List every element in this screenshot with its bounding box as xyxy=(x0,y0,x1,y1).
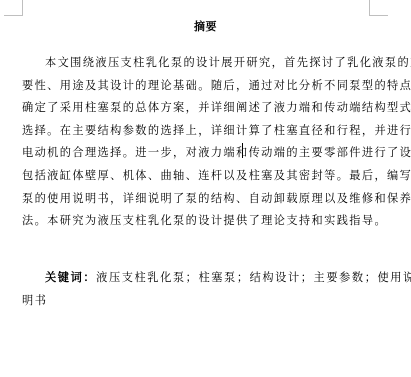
abstract-line: 确定了采用柱塞泵的总体方案，并详细阐述了液力端和传动端结构型式的 xyxy=(22,97,372,120)
margin-corner-mark-top-left xyxy=(4,0,23,16)
abstract-paragraph[interactable]: 本文围绕液压支柱乳化泵的设计展开研究，首先探讨了乳化液泵的重 要性、用途及其设计… xyxy=(22,52,372,233)
abstract-line: 包括液缸体壁厚、机体、曲轴、连杆以及柱塞及其密封等。最后，编写了 xyxy=(22,165,372,188)
keywords-line-continued: 明书 xyxy=(22,289,372,312)
abstract-line: 泵的使用说明书，详细说明了泵的结构、自动卸载原理以及维修和保养方 xyxy=(22,188,372,211)
abstract-line: 电动机的合理选择。进一步，对液力端和传动端的主要零部件进行了设计， xyxy=(22,142,372,165)
keywords-paragraph[interactable]: 关键词：液压支柱乳化泵；柱塞泵；结构设计；主要参数；使用说 明书 xyxy=(22,266,372,311)
abstract-title: 摘要 xyxy=(0,20,411,34)
document-page: 摘要 本文围绕液压支柱乳化泵的设计展开研究，首先探讨了乳化液泵的重 要性、用途及… xyxy=(0,0,411,377)
abstract-line: 法。本研究为液压支柱乳化泵的设计提供了理论支持和实践指导。 xyxy=(22,210,372,233)
text-cursor xyxy=(242,143,243,158)
abstract-line: 本文围绕液压支柱乳化泵的设计展开研究，首先探讨了乳化液泵的重 xyxy=(22,52,372,75)
margin-corner-mark-top-right xyxy=(369,0,388,16)
keywords-line: 关键词：液压支柱乳化泵；柱塞泵；结构设计；主要参数；使用说 xyxy=(22,266,372,289)
keywords-label: 关键词： xyxy=(45,271,96,284)
abstract-line: 要性、用途及其设计的理论基础。随后，通过对比分析不同泵型的特点， xyxy=(22,75,372,98)
abstract-line: 选择。在主要结构参数的选择上，详细计算了柱塞直径和行程，并进行了 xyxy=(22,120,372,143)
keywords-values: 液压支柱乳化泵；柱塞泵；结构设计；主要参数；使用说 xyxy=(96,271,411,284)
